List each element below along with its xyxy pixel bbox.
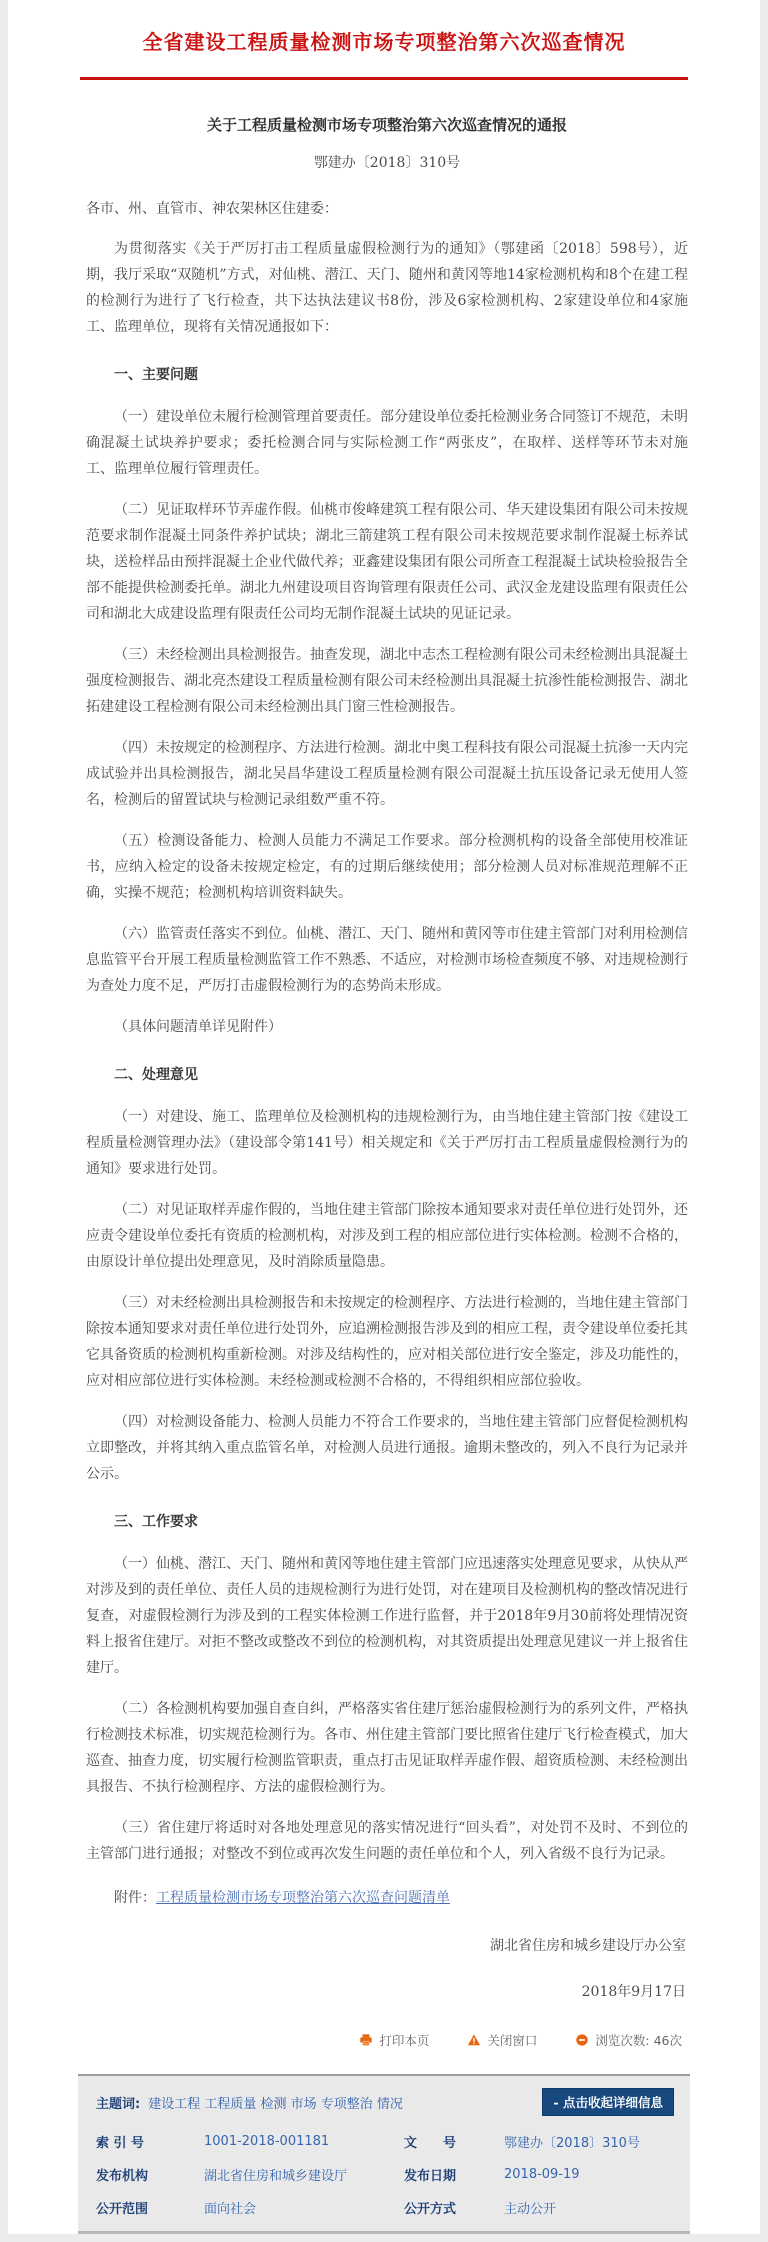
attachment-label: 附件： [114, 1890, 156, 1906]
body-paragraph: （一）建设单位未履行检测管理首要责任。部分建设单位委托检测业务合同签订不规范，未… [86, 404, 688, 482]
issue-date: 2018年9月17日 [86, 1979, 688, 2005]
attachment-link[interactable]: 工程质量检测市场专项整治第六次巡查问题清单 [156, 1890, 450, 1906]
issuer-signature: 湖北省住房和城乡建设厅办公室 [86, 1933, 688, 1959]
document-number: 鄂建办〔2018〕310号 [86, 150, 688, 176]
body-paragraph: （具体问题清单详见附件） [86, 1014, 688, 1040]
close-window-button[interactable]: 关闭窗口 [467, 2031, 537, 2049]
publisher-label: 发布机构 [96, 2165, 204, 2184]
section-heading-3: 三、工作要求 [86, 1509, 688, 1535]
article-body: 关于工程质量检测市场专项整治第六次巡查情况的通报 鄂建办〔2018〕310号 各… [8, 112, 760, 2005]
index-number-value: 1001-2018-001181 [204, 2134, 404, 2149]
body-paragraph: （二）各检测机构要加强自查自纠，严格落实省住建厅惩治虚假检测行为的系列文件，严格… [86, 1696, 688, 1800]
topic-row: 主题词: 建设工程 工程质量 检测 市场 专项整治 情况 - 点击收起详细信息 [96, 2088, 674, 2116]
body-paragraph: （三）对未经检测出具检测报告和未按规定的检测程序、方法进行检测的，当地住建主管部… [86, 1290, 688, 1394]
views-icon [575, 2033, 589, 2047]
page-title: 全省建设工程质量检测市场专项整治第六次巡查情况 [8, 26, 760, 55]
collapse-details-button[interactable]: - 点击收起详细信息 [542, 2088, 674, 2116]
body-paragraph: （一）对建设、施工、监理单位及检测机构的违规检测行为，由当地住建主管部门按《建设… [86, 1104, 688, 1182]
print-page-button[interactable]: 打印本页 [359, 2031, 429, 2049]
document-info-panel: 主题词: 建设工程 工程质量 检测 市场 专项整治 情况 - 点击收起详细信息 … [78, 2074, 690, 2234]
index-number-label: 索 引 号 [96, 2132, 204, 2151]
open-method-value: 主动公开 [504, 2198, 674, 2217]
salutation: 各市、州、直管市、神农架林区住建委： [86, 196, 688, 222]
red-divider [80, 77, 688, 80]
printer-icon [359, 2033, 373, 2047]
body-paragraph: （一）仙桃、潜江、天门、随州和黄冈等地住建主管部门应迅速落实处理意见要求，从快从… [86, 1551, 688, 1681]
body-paragraph: （三）未经检测出具检测报告。抽查发现，湖北中志杰工程检测有限公司未经检测出具混凝… [86, 642, 688, 720]
view-count-label: 浏览次数: 46次 [595, 2031, 682, 2049]
section-heading-2: 二、处理意见 [86, 1062, 688, 1088]
view-count: 浏览次数: 46次 [575, 2031, 682, 2049]
page-toolbar: 打印本页 关闭窗口 浏览次数: 46次 [8, 2031, 682, 2050]
body-paragraph: （六）监管责任落实不到位。仙桃、潜江、天门、随州和黄冈等市住建主管部门对利用检测… [86, 921, 688, 999]
body-paragraph: （二）对见证取样弄虚作假的，当地住建主管部门除按本通知要求对责任单位进行处罚外，… [86, 1197, 688, 1275]
topic-keywords: 建设工程 工程质量 检测 市场 专项整治 情况 [148, 2093, 542, 2112]
body-paragraph: （五）检测设备能力、检测人员能力不满足工作要求。部分检测机构的设备全部使用校准证… [86, 828, 688, 906]
open-scope-value: 面向社会 [204, 2198, 404, 2217]
article-title: 关于工程质量检测市场专项整治第六次巡查情况的通报 [86, 112, 688, 138]
document-info-grid: 索 引 号 1001-2018-001181 文 号 鄂建办〔2018〕310号… [96, 2132, 674, 2217]
open-scope-label: 公开范围 [96, 2198, 204, 2217]
attachment-line: 附件：工程质量检测市场专项整治第六次巡查问题清单 [86, 1885, 688, 1911]
close-window-label: 关闭窗口 [487, 2031, 537, 2049]
publisher-value: 湖北省住房和城乡建设厅 [204, 2165, 404, 2184]
topic-label: 主题词: [96, 2093, 140, 2112]
publish-date-label: 发布日期 [404, 2165, 504, 2184]
publish-date-value: 2018-09-19 [504, 2167, 674, 2182]
section-heading-1: 一、主要问题 [86, 362, 688, 388]
notice-page: 全省建设工程质量检测市场专项整治第六次巡查情况 关于工程质量检测市场专项整治第六… [8, 0, 760, 2242]
body-paragraph: 为贯彻落实《关于严厉打击工程质量虚假检测行为的通知》（鄂建函〔2018〕598号… [86, 236, 688, 340]
page-bottom-edge [8, 2234, 760, 2242]
warning-triangle-icon [467, 2033, 481, 2047]
body-paragraph: （三）省住建厅将适时对各地处理意见的落实情况进行“回头看”，对处罚不及时、不到位… [86, 1815, 688, 1867]
print-page-label: 打印本页 [379, 2031, 429, 2049]
body-paragraph: （二）见证取样环节弄虚作假。仙桃市俊峰建筑工程有限公司、华天建设集团有限公司未按… [86, 497, 688, 627]
body-paragraph: （四）对检测设备能力、检测人员能力不符合工作要求的，当地住建主管部门应督促检测机… [86, 1409, 688, 1487]
body-paragraph: （四）未按规定的检测程序、方法进行检测。湖北中奥工程科技有限公司混凝土抗渗一天内… [86, 735, 688, 813]
doc-number-label: 文 号 [404, 2132, 504, 2151]
open-method-label: 公开方式 [404, 2198, 504, 2217]
doc-number-value: 鄂建办〔2018〕310号 [504, 2132, 674, 2151]
